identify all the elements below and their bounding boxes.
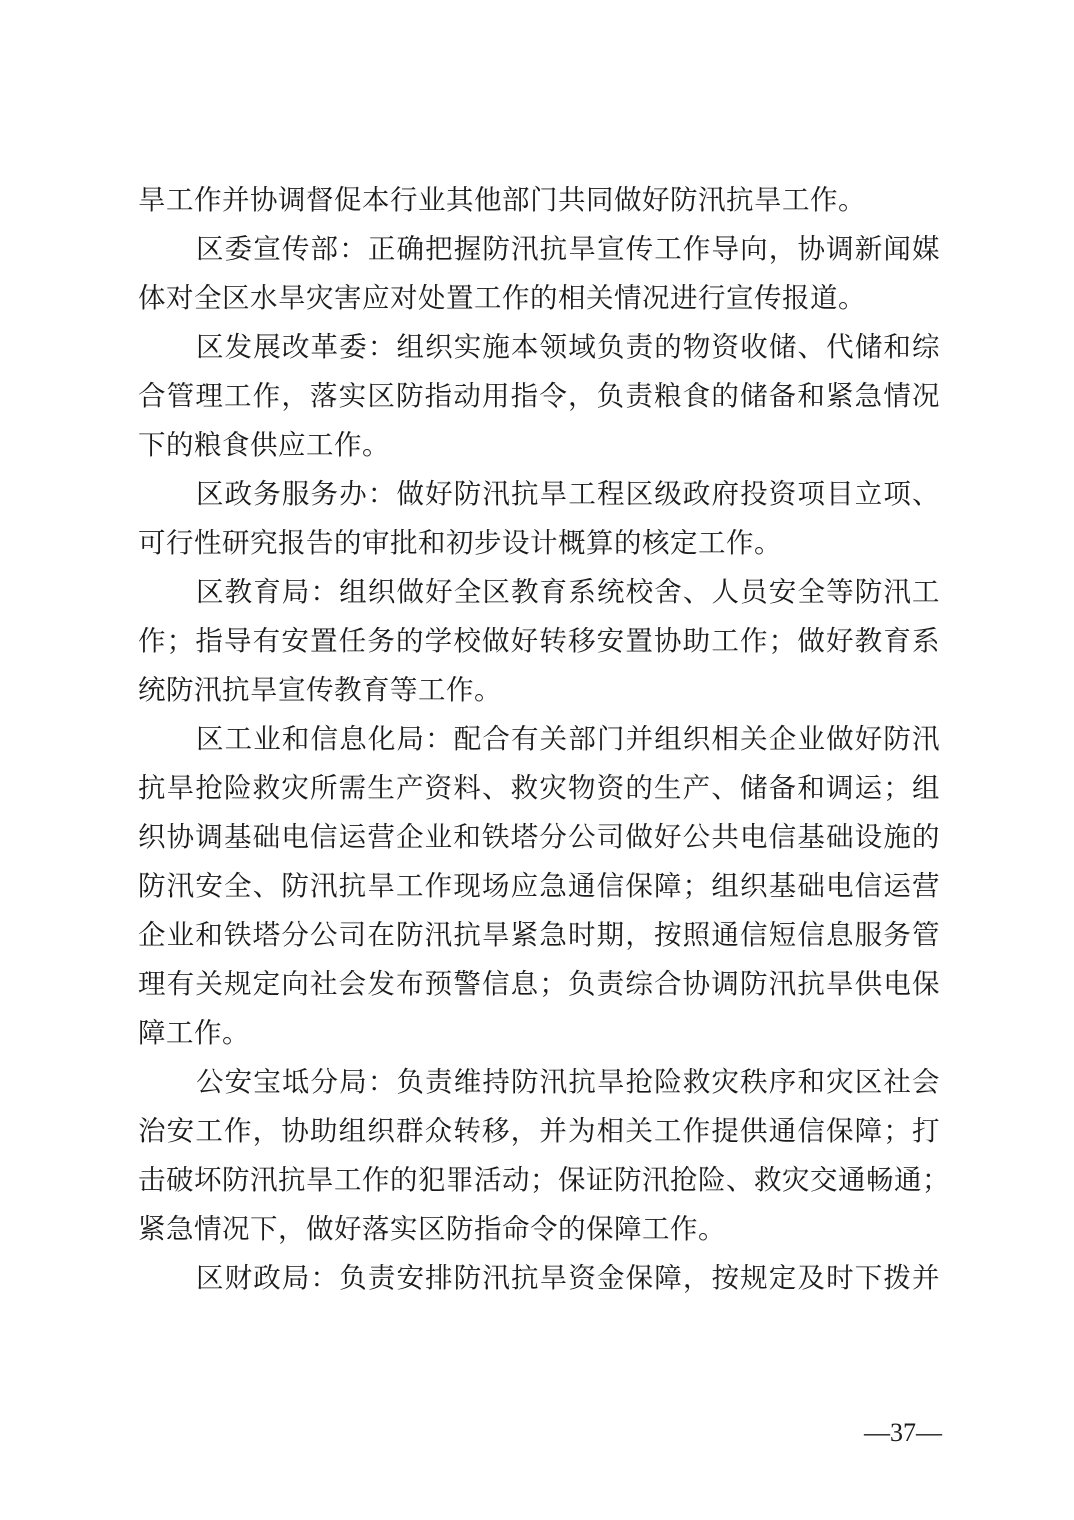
text-line: 理有关规定向社会发布预警信息；负责综合协调防汛抗旱供电保 — [138, 960, 940, 1009]
document-body: 旱工作并协调督促本行业其他部门共同做好防汛抗旱工作。区委宣传部：正确把握防汛抗旱… — [138, 176, 940, 1303]
text-line: 公安宝坻分局：负责维持防汛抗旱抢险救灾秩序和灾区社会 — [138, 1058, 940, 1107]
text-line: 障工作。 — [138, 1009, 940, 1058]
text-line: 织协调基础电信运营企业和铁塔分公司做好公共电信基础设施的 — [138, 813, 940, 862]
page-number: —37— — [858, 1418, 948, 1448]
text-line: 区发展改革委：组织实施本领域负责的物资收储、代储和综 — [138, 323, 940, 372]
text-line: 区政务服务办：做好防汛抗旱工程区级政府投资项目立项、 — [138, 470, 940, 519]
text-line: 统防汛抗旱宣传教育等工作。 — [138, 666, 940, 715]
text-line: 体对全区水旱灾害应对处置工作的相关情况进行宣传报道。 — [138, 274, 940, 323]
text-line: 区财政局：负责安排防汛抗旱资金保障，按规定及时下拨并 — [138, 1254, 940, 1303]
text-line: 旱工作并协调督促本行业其他部门共同做好防汛抗旱工作。 — [138, 176, 940, 225]
text-line: 区委宣传部：正确把握防汛抗旱宣传工作导向，协调新闻媒 — [138, 225, 940, 274]
text-line: 合管理工作，落实区防指动用指令，负责粮食的储备和紧急情况 — [138, 372, 940, 421]
text-line: 抗旱抢险救灾所需生产资料、救灾物资的生产、储备和调运；组 — [138, 764, 940, 813]
text-line: 作；指导有安置任务的学校做好转移安置协助工作；做好教育系 — [138, 617, 940, 666]
text-line: 区教育局：组织做好全区教育系统校舍、人员安全等防汛工 — [138, 568, 940, 617]
text-line: 击破坏防汛抗旱工作的犯罪活动；保证防汛抢险、救灾交通畅通； — [138, 1156, 940, 1205]
text-line: 治安工作，协助组织群众转移，并为相关工作提供通信保障；打 — [138, 1107, 940, 1156]
text-line: 紧急情况下，做好落实区防指命令的保障工作。 — [138, 1205, 940, 1254]
text-line: 可行性研究报告的审批和初步设计概算的核定工作。 — [138, 519, 940, 568]
document-page: 旱工作并协调督促本行业其他部门共同做好防汛抗旱工作。区委宣传部：正确把握防汛抗旱… — [0, 0, 1074, 1520]
text-line: 防汛安全、防汛抗旱工作现场应急通信保障；组织基础电信运营 — [138, 862, 940, 911]
text-line: 企业和铁塔分公司在防汛抗旱紧急时期，按照通信短信息服务管 — [138, 911, 940, 960]
text-line: 下的粮食供应工作。 — [138, 421, 940, 470]
text-line: 区工业和信息化局：配合有关部门并组织相关企业做好防汛 — [138, 715, 940, 764]
